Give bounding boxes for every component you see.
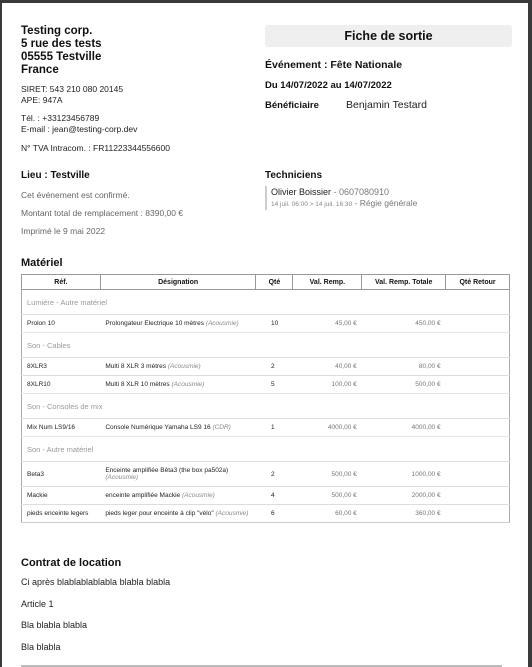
contract-title: Contrat de location <box>21 557 121 569</box>
company-name: Testing corp. <box>21 25 102 38</box>
item-qty: 2 <box>256 462 293 487</box>
item-qty: 10 <box>256 315 293 333</box>
item-total-value: 500,00 € <box>362 376 446 394</box>
event-location: Lieu : Testville <box>21 170 90 181</box>
contract-paragraph: Bla blabla blabla <box>21 620 87 630</box>
table-row: Mackieenceinte amplifiée Mackie (Acousmi… <box>22 487 510 505</box>
column-header-designation: Désignation <box>100 275 256 290</box>
item-supplier: (CDR) <box>212 424 230 431</box>
item-designation-text: Console Numérique Yamaha LS9 16 <box>105 424 210 431</box>
item-total-value: 450,00 € <box>362 315 446 333</box>
category-row: Son - Autre matériel <box>22 437 510 462</box>
beneficiary-value: Benjamin Testard <box>346 99 427 111</box>
item-supplier: (Acousmie) <box>171 381 204 388</box>
item-qty: 6 <box>256 505 293 523</box>
company-tva: N° TVA Intracom. : FR11223344556600 <box>21 143 170 154</box>
column-header-total-value: Val. Remp. Totale <box>362 275 446 290</box>
item-designation: Prolongateur Electrique 10 mètres (Acous… <box>100 315 256 333</box>
category-name: Son - Autre matériel <box>22 437 510 462</box>
item-qty: 4 <box>256 487 293 505</box>
column-header-qty: Qté <box>256 275 293 290</box>
item-designation: Enceinte amplifiée Bêta3 (the box pa502a… <box>100 462 256 487</box>
beneficiary-label: Bénéficiaire <box>265 100 319 111</box>
item-returned-qty <box>446 315 510 333</box>
contract-paragraph: Article 1 <box>21 599 54 609</box>
company-city: 05555 Testville <box>21 51 102 64</box>
category-name: Son - Cables <box>22 333 510 358</box>
column-header-ref: Réf. <box>22 275 101 290</box>
contract-paragraph: Ci après blablablablabla blabla blabla <box>21 577 170 587</box>
event-name: Événement : Fête Nationale <box>265 59 402 71</box>
item-unit-value: 60,00 € <box>293 505 362 523</box>
item-returned-qty <box>446 487 510 505</box>
item-unit-value: 100,00 € <box>293 376 362 394</box>
technician-period: 14 juil. 06:00 > 14 juil. 16:30 <box>271 201 352 208</box>
materiel-table: Réf. Désignation Qté Val. Remp. Val. Rem… <box>21 274 510 523</box>
item-total-value: 80,00 € <box>362 358 446 376</box>
category-row: Son - Cables <box>22 333 510 358</box>
technician-phone: - 0607080910 <box>331 187 389 197</box>
item-designation-text: Enceinte amplifiée Bêta3 (the box pa502a… <box>105 467 228 474</box>
category-name: Lumière - Autre matériel <box>22 290 510 315</box>
item-designation: pieds leger pour enceinte à clip "vélo" … <box>100 505 256 523</box>
company-contact: Tél. : +33123456789 E-mail : jean@testin… <box>21 113 137 135</box>
item-unit-value: 500,00 € <box>293 487 362 505</box>
item-supplier: (Acousmie) <box>182 492 215 499</box>
item-total-value: 1000,00 € <box>362 462 446 487</box>
company-street: 5 rue des tests <box>21 38 102 51</box>
event-status: Cet événement est confirmé. <box>21 190 130 200</box>
item-supplier: (Acousmie) <box>105 474 138 481</box>
item-qty: 2 <box>256 358 293 376</box>
item-ref: pieds enceinte legers <box>22 505 101 523</box>
column-header-unit-value: Val. Remp. <box>293 275 362 290</box>
table-row: pieds enceinte legerspieds leger pour en… <box>22 505 510 523</box>
item-supplier: (Acousmie) <box>206 320 239 327</box>
item-ref: 8XLR10 <box>22 376 101 394</box>
item-unit-value: 45,00 € <box>293 315 362 333</box>
item-ref: Mackie <box>22 487 101 505</box>
print-date: Imprimé le 9 mai 2022 <box>21 226 105 236</box>
item-returned-qty <box>446 419 510 437</box>
item-returned-qty <box>446 505 510 523</box>
document-title: Fiche de sortie <box>265 25 512 47</box>
item-ref: Mix Num LS9/16 <box>22 419 101 437</box>
materiel-title: Matériel <box>21 257 63 269</box>
item-total-value: 360,00 € <box>362 505 446 523</box>
item-unit-value: 40,00 € <box>293 358 362 376</box>
item-qty: 5 <box>256 376 293 394</box>
item-supplier: (Acousmie) <box>215 510 248 517</box>
table-row: Prolon 10Prolongateur Electrique 10 mètr… <box>22 315 510 333</box>
company-tel: Tél. : +33123456789 <box>21 113 137 124</box>
column-header-returned-qty: Qté Retour <box>446 275 510 290</box>
replacement-total: Montant total de remplacement : 8390,00 … <box>21 208 183 218</box>
item-returned-qty <box>446 376 510 394</box>
table-row: Mix Num LS9/16Console Numérique Yamaha L… <box>22 419 510 437</box>
item-qty: 1 <box>256 419 293 437</box>
item-designation-text: Prolongateur Electrique 10 mètres <box>105 320 204 327</box>
item-unit-value: 4000,00 € <box>293 419 362 437</box>
company-address: Testing corp. 5 rue des tests 05555 Test… <box>21 25 102 77</box>
item-ref: 8XLR3 <box>22 358 101 376</box>
item-designation: Multi 8 XLR 3 mètres (Acousmie) <box>100 358 256 376</box>
item-designation: Multi 8 XLR 10 mètres (Acousmie) <box>100 376 256 394</box>
technician-item: Olivier Boissier - 0607080910 14 juil. 0… <box>265 186 417 210</box>
technician-name: Olivier Boissier <box>271 187 331 197</box>
item-ref: Beta3 <box>22 462 101 487</box>
company-siret: SIRET: 543 210 080 20145 <box>21 84 123 95</box>
item-designation: enceinte amplifiée Mackie (Acousmie) <box>100 487 256 505</box>
item-designation-text: Multi 8 XLR 10 mètres <box>105 381 169 388</box>
item-designation-text: pieds leger pour enceinte à clip "vélo" <box>105 510 213 517</box>
item-supplier: (Acousmie) <box>168 363 201 370</box>
table-row: Beta3Enceinte amplifiée Bêta3 (the box p… <box>22 462 510 487</box>
item-designation: Console Numérique Yamaha LS9 16 (CDR) <box>100 419 256 437</box>
item-designation-text: Multi 8 XLR 3 mètres <box>105 363 166 370</box>
item-ref: Prolon 10 <box>22 315 101 333</box>
technicians-title: Techniciens <box>265 170 322 181</box>
table-header-row: Réf. Désignation Qté Val. Remp. Val. Rem… <box>22 275 510 290</box>
event-dates: Du 14/07/2022 au 14/07/2022 <box>265 80 392 91</box>
technician-role: - Régie générale <box>352 198 417 208</box>
item-returned-qty <box>446 462 510 487</box>
category-row: Lumière - Autre matériel <box>22 290 510 315</box>
item-total-value: 2000,00 € <box>362 487 446 505</box>
table-row: 8XLR10Multi 8 XLR 10 mètres (Acousmie)51… <box>22 376 510 394</box>
company-ape: APE: 947A <box>21 95 123 106</box>
company-legal: SIRET: 543 210 080 20145 APE: 947A <box>21 84 123 106</box>
document-page: Testing corp. 5 rue des tests 05555 Test… <box>2 3 528 667</box>
item-returned-qty <box>446 358 510 376</box>
item-unit-value: 500,00 € <box>293 462 362 487</box>
category-name: Son - Consoles de mix <box>22 394 510 419</box>
item-designation-text: enceinte amplifiée Mackie <box>105 492 180 499</box>
table-row: 8XLR3Multi 8 XLR 3 mètres (Acousmie)240,… <box>22 358 510 376</box>
company-email: E-mail : jean@testing-corp.dev <box>21 124 137 135</box>
company-country: France <box>21 64 102 77</box>
contract-paragraph: Bla blabla <box>21 642 61 652</box>
category-row: Son - Consoles de mix <box>22 394 510 419</box>
item-total-value: 4000,00 € <box>362 419 446 437</box>
